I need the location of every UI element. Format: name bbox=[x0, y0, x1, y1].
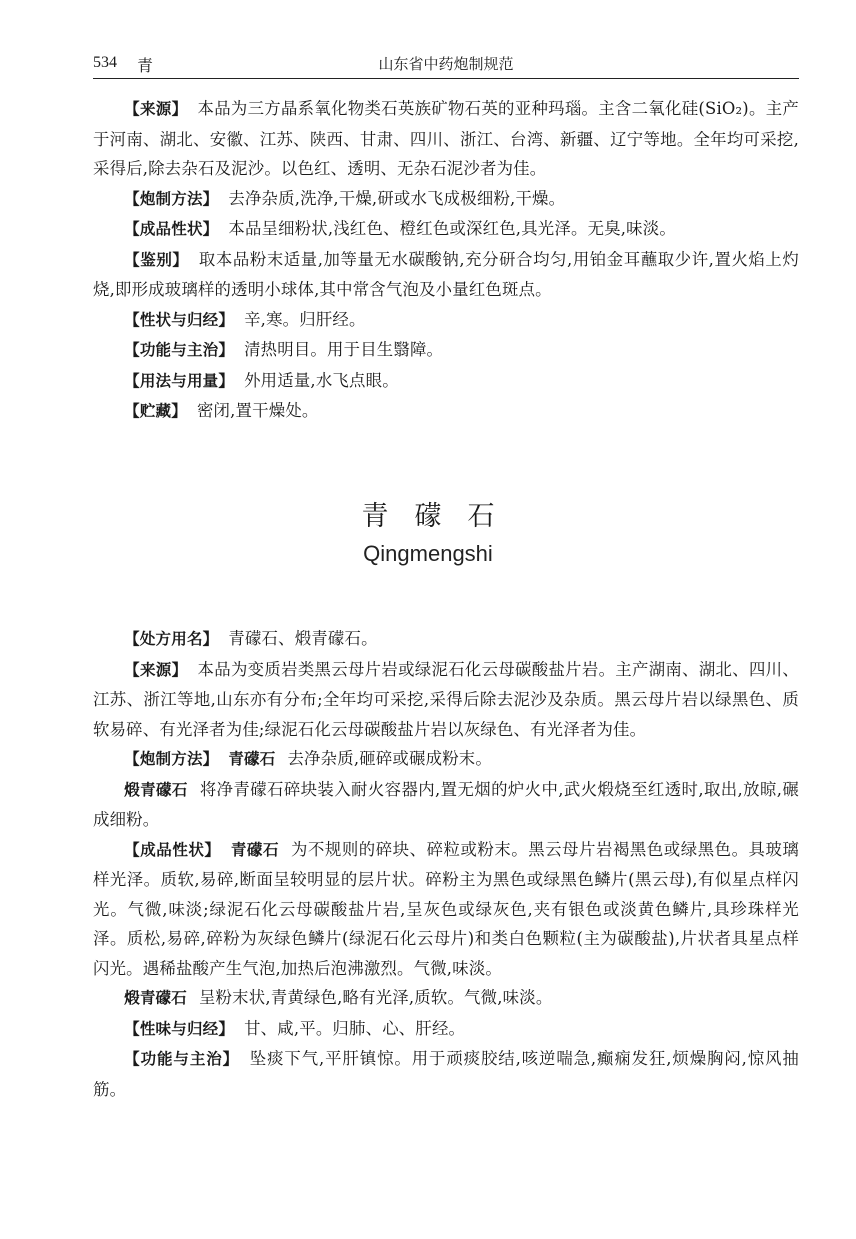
function-paragraph: 【功能与主治】坠痰下气,平肝镇惊。用于顽痰胶结,咳逆喘急,癫痫发狂,烦燥胸闷,惊… bbox=[93, 1044, 799, 1104]
section-label: 【鉴别】 bbox=[124, 251, 188, 269]
section-text: 本品为三方晶系氧化物类石英族矿物石英的亚种玛瑙。主含二氧化硅(SiO₂)。主产于… bbox=[93, 99, 799, 178]
entry-qingmengshi: 【处方用名】青礞石、煅青礞石。 【来源】本品为变质岩类黑云母片岩或绿泥石化云母碳… bbox=[93, 624, 799, 1104]
source-paragraph: 【来源】本品为三方晶系氧化物类石英族矿物石英的亚种玛瑙。主含二氧化硅(SiO₂)… bbox=[93, 94, 799, 184]
section-text: 去净杂质,砸碎或碾成粉末。 bbox=[287, 749, 492, 768]
section-text: 将净青礞石碎块装入耐火容器内,置无烟的炉火中,武火煅烧至红透时,取出,放晾,碾成… bbox=[93, 780, 799, 830]
section-label: 【贮藏】 bbox=[124, 402, 187, 420]
storage-paragraph: 【贮藏】密闭,置干燥处。 bbox=[93, 396, 799, 427]
sub-item-name: 青礞石 bbox=[230, 841, 279, 859]
section-text: 取本品粉末适量,加等量无水碳酸钠,充分研合均匀,用铂金耳蘸取少许,置火焰上灼烧,… bbox=[93, 250, 799, 300]
sub-item-name: 煅青礞石 bbox=[124, 989, 187, 1007]
prescription-paragraph: 【处方用名】青礞石、煅青礞石。 bbox=[93, 624, 799, 655]
section-text: 甘、咸,平。归肺、心、肝经。 bbox=[244, 1019, 465, 1038]
section-label: 【来源】 bbox=[124, 100, 187, 118]
entry-pinyin: Qingmengshi bbox=[0, 541, 856, 567]
section-label: 【功能与主治】 bbox=[124, 1050, 239, 1068]
running-title: 山东省中药炮制规范 bbox=[93, 53, 799, 74]
section-text: 辛,寒。归肝经。 bbox=[244, 310, 366, 329]
product-paragraph: 【成品性状】本品呈细粉状,浅红色、橙红色或深红色,具光泽。无臭,味淡。 bbox=[93, 214, 799, 245]
section-text: 外用适量,水飞点眼。 bbox=[244, 371, 399, 390]
section-label: 【炮制方法】 bbox=[124, 190, 218, 208]
product-paragraph: 【成品性状】青礞石为不规则的碎块、碎粒或粉末。黑云母片岩褐黑色或绿黑色。具玻璃样… bbox=[93, 835, 799, 984]
processing-paragraph: 【炮制方法】青礞石去净杂质,砸碎或碾成粉末。 bbox=[93, 744, 799, 775]
entry-agate-continued: 【来源】本品为三方晶系氧化物类石英族矿物石英的亚种玛瑙。主含二氧化硅(SiO₂)… bbox=[93, 94, 799, 427]
section-text: 为不规则的碎块、碎粒或粉末。黑云母片岩褐黑色或绿黑色。具玻璃样光泽。质软,易碎,… bbox=[93, 840, 799, 978]
section-text: 去净杂质,洗净,干燥,研或水飞成极细粉,干燥。 bbox=[228, 189, 565, 208]
section-label: 【处方用名】 bbox=[124, 630, 218, 648]
section-label: 【性味与归经】 bbox=[124, 1020, 234, 1038]
source-paragraph: 【来源】本品为变质岩类黑云母片岩或绿泥石化云母碳酸盐片岩。主产湖南、湖北、四川、… bbox=[93, 655, 799, 745]
section-label: 【功能与主治】 bbox=[124, 341, 234, 359]
nature-paragraph: 【性味与归经】甘、咸,平。归肺、心、肝经。 bbox=[93, 1014, 799, 1045]
section-label: 【成品性状】 bbox=[124, 841, 220, 859]
section-label: 【性状与归经】 bbox=[124, 311, 234, 329]
section-label: 【来源】 bbox=[124, 661, 187, 679]
function-paragraph: 【功能与主治】清热明目。用于目生翳障。 bbox=[93, 335, 799, 366]
section-text: 本品呈细粉状,浅红色、橙红色或深红色,具光泽。无臭,味淡。 bbox=[228, 219, 676, 238]
entry-title-block: 青礞石 Qingmengshi bbox=[0, 494, 856, 567]
identification-paragraph: 【鉴别】取本品粉末适量,加等量无水碳酸钠,充分研合均匀,用铂金耳蘸取少许,置火焰… bbox=[93, 245, 799, 305]
sub-item-name: 青礞石 bbox=[228, 750, 275, 768]
page-header: 534 青 山东省中药炮制规范 bbox=[93, 50, 799, 79]
section-text: 青礞石、煅青礞石。 bbox=[228, 629, 377, 648]
section-text: 密闭,置干燥处。 bbox=[197, 401, 319, 420]
processing-paragraph: 【炮制方法】去净杂质,洗净,干燥,研或水飞成极细粉,干燥。 bbox=[93, 184, 799, 215]
section-label: 【用法与用量】 bbox=[124, 372, 234, 390]
section-text: 清热明目。用于目生翳障。 bbox=[244, 340, 443, 359]
nature-paragraph: 【性状与归经】辛,寒。归肝经。 bbox=[93, 305, 799, 336]
processing-sub-paragraph: 煅青礞石将净青礞石碎块装入耐火容器内,置无烟的炉火中,武火煅烧至红透时,取出,放… bbox=[93, 775, 799, 835]
section-label: 【成品性状】 bbox=[124, 220, 218, 238]
entry-title: 青礞石 bbox=[0, 494, 856, 533]
section-label: 【炮制方法】 bbox=[124, 750, 218, 768]
section-text: 呈粉末状,青黄绿色,略有光泽,质软。气微,味淡。 bbox=[199, 988, 552, 1007]
usage-paragraph: 【用法与用量】外用适量,水飞点眼。 bbox=[93, 366, 799, 397]
product-sub-paragraph: 煅青礞石呈粉末状,青黄绿色,略有光泽,质软。气微,味淡。 bbox=[93, 983, 799, 1014]
section-text: 本品为变质岩类黑云母片岩或绿泥石化云母碳酸盐片岩。主产湖南、湖北、四川、江苏、浙… bbox=[93, 660, 799, 739]
sub-item-name: 煅青礞石 bbox=[124, 781, 188, 799]
